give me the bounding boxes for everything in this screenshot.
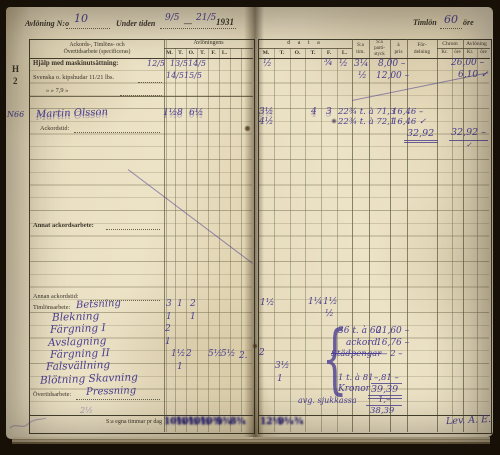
- header-rule: [29, 58, 253, 59]
- day-entry: 3: [166, 299, 172, 309]
- timlon-value-handwritten: 60: [444, 13, 458, 26]
- kronor-label: Kronor: [338, 384, 370, 394]
- fordelning-header: delning: [407, 49, 437, 55]
- satim-header: tim.: [352, 49, 369, 55]
- margin-letter-h: H: [12, 64, 19, 74]
- period-label: Under tiden: [116, 19, 155, 28]
- timlon-arbete-label: Timlönsarbete:: [33, 304, 70, 311]
- grid-line: [241, 48, 242, 432]
- grid-line: [305, 48, 306, 432]
- avloning-no-handwritten: 10: [74, 12, 88, 25]
- work-item-handwritten: Betsning: [76, 298, 121, 311]
- day-entry: 1½: [171, 349, 185, 359]
- grid-line: [463, 39, 464, 432]
- overtid-label: Övertidsarbete:: [33, 391, 71, 398]
- ore-header: öre: [477, 50, 490, 55]
- left-desc-header-line1: Ackords-, Timlöns- och: [30, 42, 164, 48]
- summary-label: ackord: [346, 338, 377, 348]
- annat-ackord-label: Annat ackordsarbete:: [33, 222, 94, 229]
- footer-rule: [29, 415, 253, 416]
- fill-line: [440, 27, 462, 29]
- ackord-total: 32,92: [407, 128, 434, 139]
- fordelning-header: För-: [407, 42, 437, 48]
- day-entry: 3½: [275, 361, 289, 371]
- underline: [404, 140, 438, 141]
- day-entry: 12/5: [147, 59, 165, 68]
- day-entry: 14/5: [166, 71, 184, 80]
- ackord-calc: 22¾ t. à 72,1: [338, 117, 395, 127]
- day-entry: 1: [277, 374, 283, 384]
- day-entry: 14/5: [188, 59, 206, 68]
- sum-hours: ½: [358, 71, 367, 81]
- work-item-handwritten: Färgning I: [50, 322, 106, 336]
- grid-line: [164, 39, 165, 432]
- fill-line: [160, 27, 236, 29]
- annan-ackordstid-label: Annan ackordstid:: [33, 293, 79, 300]
- footer-hours: 9¼: [278, 417, 294, 427]
- day-col-header: F.: [321, 50, 337, 56]
- day-entry: 4: [311, 107, 317, 117]
- grid-line: [437, 48, 490, 49]
- deduction-label: avg. sjukkassa: [298, 396, 357, 405]
- grid-line: [290, 48, 291, 432]
- ackordstid-label: Ackordstid:: [40, 125, 69, 132]
- day-entry: 8: [177, 108, 183, 118]
- fill-line: [74, 131, 160, 133]
- fill-line: [76, 398, 160, 400]
- grid-line: [452, 48, 453, 432]
- grid-line: [186, 48, 187, 432]
- day-entry: 1: [177, 362, 183, 372]
- saparti-header: parti-: [369, 46, 390, 51]
- day-entry: 5½: [221, 349, 235, 359]
- day-col-header: T.: [274, 50, 290, 56]
- deduction-amount: 1,–: [378, 395, 390, 405]
- period-to-handwritten: 21/5: [196, 13, 216, 23]
- day-col-header: L.: [219, 50, 230, 56]
- day-col-header: T.: [197, 50, 208, 56]
- amount-entry: 26,00 –: [451, 58, 484, 68]
- worker-number-handwritten: N66: [7, 110, 24, 119]
- ore-header: öre: [452, 50, 463, 55]
- fill-line: [66, 27, 110, 29]
- footer-label: S:a egna timmar pr dag: [58, 419, 162, 425]
- sum-hours: 3¼: [354, 59, 368, 69]
- saparti-header: styck: [369, 52, 390, 57]
- grid-line: [166, 39, 167, 432]
- kr-header: Kr.: [437, 50, 452, 55]
- day-col-header: T.: [175, 50, 186, 56]
- day-entry: 1: [190, 312, 196, 322]
- grid-line: [230, 48, 231, 432]
- day-entry: 2: [186, 349, 192, 359]
- day-entry: ¾: [324, 58, 333, 68]
- day-col-header: O.: [290, 50, 305, 56]
- day-entry: 1½: [323, 297, 337, 307]
- summary-amount: –,81 –: [374, 373, 399, 383]
- ink-spot: [332, 119, 336, 123]
- right-days-group-header: d a t a: [258, 40, 352, 46]
- avloning-header: Avlöning: [463, 41, 490, 47]
- section-rule: [29, 96, 253, 97]
- grid-line: [477, 48, 478, 432]
- work-item-handwritten: Falsvällning: [46, 359, 110, 373]
- margin-number-2: 2: [13, 76, 18, 86]
- apris-header: à: [390, 42, 407, 48]
- ackord-amount: 16,46 ✓: [392, 117, 426, 127]
- grid-line: [175, 48, 176, 432]
- left-days-group-header: Avlöningens: [164, 40, 253, 46]
- summary-amount: — 2 –: [379, 349, 403, 359]
- kr-header: Kr.: [463, 50, 477, 55]
- kronor-amount: 39,39: [371, 384, 398, 395]
- day-entry: 13/5: [170, 59, 188, 68]
- period-year: 1931: [216, 17, 234, 27]
- page-edges: [12, 437, 490, 444]
- price-entry: 8,00 –: [378, 59, 405, 69]
- summary-qty: 36 t. à 60: [338, 326, 381, 336]
- day-entry: 2: [165, 324, 171, 334]
- price-entry: 12,00 –: [376, 71, 409, 81]
- grid-line: [274, 48, 275, 432]
- underline: [404, 142, 438, 143]
- day-entry: 15/5: [184, 71, 202, 80]
- day-col-header: T.: [305, 50, 321, 56]
- fill-line: [138, 81, 162, 83]
- apris-header: pris: [390, 49, 407, 55]
- day-entry: 1: [166, 312, 172, 322]
- check-mark: ✓: [466, 141, 472, 149]
- fill-line: [106, 228, 160, 230]
- ink-scribble: [8, 414, 48, 434]
- day-entry: 1½: [163, 108, 177, 118]
- day-entry: 1: [177, 299, 183, 309]
- day-col-header: F.: [208, 50, 219, 56]
- footer-hours: ¾: [294, 417, 303, 427]
- grid-line: [197, 48, 198, 432]
- summary-label-struck: Städpengar: [331, 349, 381, 359]
- day-entry: ½: [339, 59, 348, 69]
- timlon-unit: öre: [463, 18, 474, 27]
- work-title-maskin: Hjälp med maskinutsättning:: [33, 60, 118, 67]
- grid-line: [437, 39, 438, 432]
- satim-header: S:a: [352, 42, 369, 48]
- net-amount: 38,39: [370, 406, 394, 416]
- day-entry: 6½: [189, 108, 203, 118]
- summary-amount: 21,60 –: [376, 326, 409, 336]
- timlon-label: Timlön: [413, 18, 437, 27]
- grid-line: [208, 48, 209, 432]
- summary-qty: 1 t. à 81: [338, 373, 374, 383]
- fill-line: [120, 94, 162, 96]
- ackord-calc: 22¾ t. à 71,3: [338, 107, 395, 117]
- ackord-total-avloning: 32,92 –: [451, 127, 486, 138]
- chrom-header: Chrom: [437, 41, 463, 47]
- day-entry: 1: [165, 337, 171, 347]
- day-col-header: M.: [164, 50, 175, 56]
- book-gutter-shadow: [244, 7, 264, 437]
- day-col-header: O.: [186, 50, 197, 56]
- saparti-header: S:a: [369, 40, 390, 45]
- day-entry: 3: [326, 107, 332, 117]
- avloning-label: Avlöning N:o: [25, 19, 69, 28]
- overtid-handwritten: Pressning: [86, 385, 137, 398]
- left-desc-header-line2: Övertidsarbete (specificeras): [30, 49, 164, 55]
- period-from-handwritten: 9/5: [165, 13, 179, 23]
- signature-handwritten: Lev. A. E.: [446, 414, 492, 427]
- day-entry: 2: [190, 299, 196, 309]
- ackord-amount: 16,46 –: [392, 107, 423, 117]
- grid-line: [407, 39, 408, 432]
- work-line-dito: » » 7,9 »: [46, 87, 68, 94]
- summary-amount: 16,76 –: [376, 338, 409, 348]
- day-entry: 1¼: [308, 297, 322, 307]
- work-line-svenska: Svenska o. kipshudar 11/21 lbs.: [33, 74, 114, 81]
- day-col-header: L.: [337, 50, 352, 56]
- day-entry: ½: [263, 59, 272, 69]
